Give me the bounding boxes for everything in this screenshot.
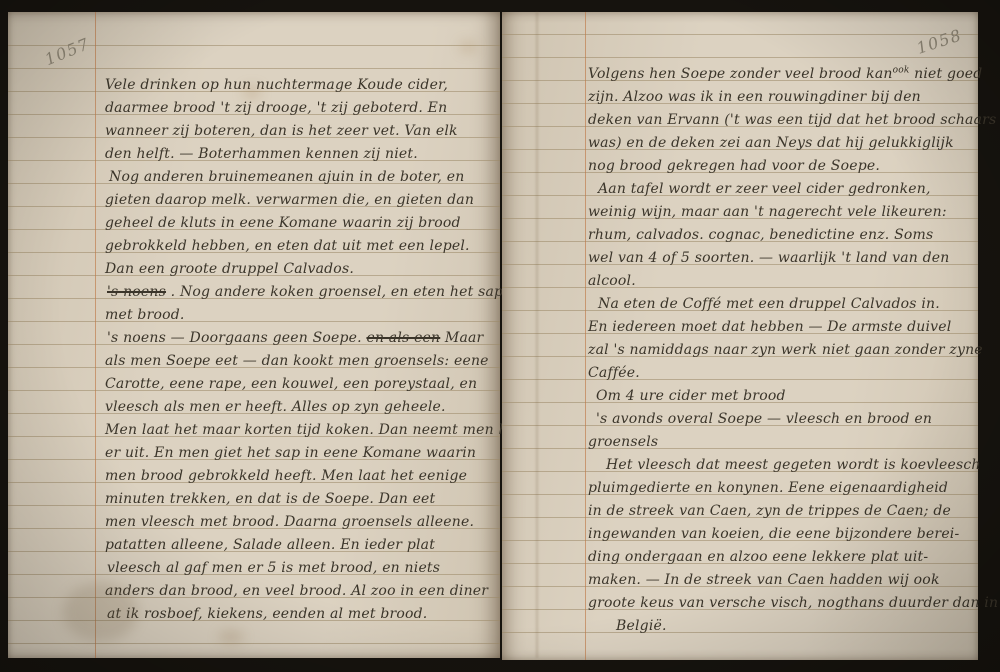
handwritten-line: 's noens — Doorgaans geen Soepe. en als …	[105, 327, 496, 350]
handwritten-line: vleesch al gaf men er 5 is met brood, en…	[105, 557, 496, 580]
text-segment: Dan een groote druppel Calvados.	[105, 261, 354, 277]
handwritten-line: was) en de deken zei aan Neys dat hij ge…	[588, 132, 974, 155]
struck-text: 's noens	[107, 284, 166, 300]
text-segment: Maar	[440, 330, 483, 346]
text-segment: Nog anderen bruinemeanen ajuin in de bot…	[109, 169, 464, 185]
left-page-lines: Vele drinken op hun nuchtermage Koude ci…	[105, 74, 496, 626]
handwritten-line: En iedereen moet dat hebben — De armste …	[588, 316, 974, 339]
text-segment: vleesch als men er heeft. Alles op zyn g…	[105, 399, 446, 415]
text-segment: wel van 4 of 5 soorten. — waarlijk 't la…	[588, 250, 949, 266]
text-segment: gieten daarop melk. verwarmen die, en gi…	[105, 192, 474, 208]
handwritten-line: ding ondergaan en alzoo eene lekkere pla…	[588, 546, 974, 569]
text-segment: daarmee brood 't zij drooge, 't zij gebo…	[105, 100, 447, 116]
text-segment: Caffée.	[588, 365, 640, 381]
handwritten-line: Men laat het maar korten tijd koken. Dan…	[105, 419, 496, 442]
handwritten-line: maken. — In de streek van Caen hadden wi…	[588, 569, 974, 592]
text-segment: den helft. — Boterhammen kennen zij niet…	[105, 146, 418, 162]
handwritten-line: den helft. — Boterhammen kennen zij niet…	[105, 143, 496, 166]
handwritten-line: anders dan brood, en veel brood. Al zoo …	[105, 580, 496, 603]
text-segment: groote keus van versche visch, nogthans …	[588, 595, 998, 611]
text-segment: ingewanden van koeien, die eene bijzonde…	[588, 526, 959, 542]
handwritten-line: daarmee brood 't zij drooge, 't zij gebo…	[105, 97, 496, 120]
handwritten-line: Caffée.	[588, 362, 974, 385]
handwritten-line: Het vleesch dat meest gegeten wordt is k…	[588, 454, 974, 477]
text-segment: zal 's namiddags naar zyn werk niet gaan…	[588, 342, 983, 358]
handwritten-line: er uit. En men giet het sap in eene Koma…	[105, 442, 496, 465]
handwritten-line: Vele drinken op hun nuchtermage Koude ci…	[105, 74, 496, 97]
handwritten-line: gebrokkeld hebben, en eten dat uit met e…	[105, 235, 496, 258]
text-segment: groensels	[588, 434, 658, 450]
text-segment: als men Soepe eet — dan kookt men groens…	[105, 353, 489, 369]
text-segment: in de streek van Caen, zyn de trippes de…	[588, 503, 951, 519]
handwritten-line: zijn. Alzoo was ik in een rouwingdiner b…	[588, 86, 974, 109]
text-segment: niet goed	[909, 66, 982, 82]
handwritten-line: wanneer zij boteren, dan is het zeer vet…	[105, 120, 496, 143]
text-segment: Carotte, eene rape, een kouwel, een pore…	[105, 376, 477, 392]
text-segment: Aan tafel wordt er zeer veel cider gedro…	[598, 181, 931, 197]
text-segment: men vleesch met brood. Daarna groensels …	[105, 514, 474, 530]
handwritten-line: vleesch als men er heeft. Alles op zyn g…	[105, 396, 496, 419]
left-page: 1057 Vele drinken op hun nuchtermage Kou…	[8, 12, 500, 658]
handwritten-line: groensels	[588, 431, 974, 454]
handwritten-line: zal 's namiddags naar zyn werk niet gaan…	[588, 339, 974, 362]
handwritten-line: minuten trekken, en dat is de Soepe. Dan…	[105, 488, 496, 511]
text-segment: Om 4 ure cider met brood	[596, 388, 786, 404]
text-segment: geheel de kluts in eene Komane waarin zi…	[105, 215, 461, 231]
handwritten-line: men vleesch met brood. Daarna groensels …	[105, 511, 496, 534]
margin-line	[95, 12, 96, 658]
text-segment: weinig wijn, maar aan 't nagerecht vele …	[588, 204, 947, 220]
handwritten-line: Nog anderen bruinemeanen ajuin in de bot…	[105, 166, 496, 189]
handwritten-line: geheel de kluts in eene Komane waarin zi…	[105, 212, 496, 235]
handwritten-line: nog brood gekregen had voor de Soepe.	[588, 155, 974, 178]
text-segment: nog brood gekregen had voor de Soepe.	[588, 158, 880, 174]
text-segment: anders dan brood, en veel brood. Al zoo …	[105, 583, 488, 599]
text-segment: er uit. En men giet het sap in eene Koma…	[105, 445, 476, 461]
text-segment: deken van Ervann ('t was een tijd dat he…	[588, 112, 996, 128]
right-page-lines: Volgens hen Soepe zonder veel brood kano…	[588, 63, 974, 638]
handwritten-line: alcool.	[588, 270, 974, 293]
handwritten-line: Dan een groote druppel Calvados.	[105, 258, 496, 281]
text-segment: vleesch al gaf men er 5 is met brood, en…	[107, 560, 440, 576]
handwritten-line: at ik rosboef, kiekens, eenden al met br…	[105, 603, 496, 626]
handwritten-line: weinig wijn, maar aan 't nagerecht vele …	[588, 201, 974, 224]
text-segment: Het vleesch dat meest gegeten wordt is k…	[606, 457, 981, 473]
text-segment: Na eten de Coffé met een druppel Calvado…	[598, 296, 940, 312]
text-segment: wanneer zij boteren, dan is het zeer vet…	[105, 123, 458, 139]
text-segment: was) en de deken zei aan Neys dat hij ge…	[588, 135, 954, 151]
handwritten-line: als men Soepe eet — dan kookt men groens…	[105, 350, 496, 373]
text-segment: minuten trekken, en dat is de Soepe. Dan…	[105, 491, 435, 507]
handwritten-line: gieten daarop melk. verwarmen die, en gi…	[105, 189, 496, 212]
text-segment: at ik rosboef, kiekens, eenden al met br…	[107, 606, 427, 622]
handwritten-line: men brood gebrokkeld heeft. Men laat het…	[105, 465, 496, 488]
handwritten-line: wel van 4 of 5 soorten. — waarlijk 't la…	[588, 247, 974, 270]
handwritten-line: patatten alleene, Salade alleen. En iede…	[105, 534, 496, 557]
text-segment: patatten alleene, Salade alleen. En iede…	[105, 537, 435, 553]
handwritten-line: deken van Ervann ('t was een tijd dat he…	[588, 109, 974, 132]
handwritten-line: België.	[588, 615, 974, 638]
text-segment: rhum, calvados. cognac, benedictine enz.…	[588, 227, 933, 243]
text-segment: 's noens — Doorgaans geen Soepe.	[107, 330, 366, 346]
handwritten-line: ingewanden van koeien, die eene bijzonde…	[588, 523, 974, 546]
handwritten-line: groote keus van versche visch, nogthans …	[588, 592, 974, 615]
text-segment: En iedereen moet dat hebben — De armste …	[588, 319, 951, 335]
handwritten-line: Volgens hen Soepe zonder veel brood kano…	[588, 63, 974, 86]
text-segment: alcool.	[588, 273, 636, 289]
text-segment: Men laat het maar korten tijd koken. Dan…	[105, 422, 522, 438]
text-segment: België.	[616, 618, 667, 634]
text-segment: pluimgedierte en konynen. Eene eigenaard…	[588, 480, 948, 496]
handwritten-line: Carotte, eene rape, een kouwel, een pore…	[105, 373, 496, 396]
text-segment: gebrokkeld hebben, en eten dat uit met e…	[105, 238, 470, 254]
handwritten-line: 's avonds overal Soepe — vleesch en broo…	[588, 408, 974, 431]
text-segment: zijn. Alzoo was ik in een rouwingdiner b…	[588, 89, 921, 105]
right-page: 1058 Volgens hen Soepe zonder veel brood…	[502, 12, 978, 660]
text-segment: 's avonds overal Soepe — vleesch en broo…	[596, 411, 932, 427]
handwritten-line: in de streek van Caen, zyn de trippes de…	[588, 500, 974, 523]
text-segment: Vele drinken op hun nuchtermage Koude ci…	[105, 77, 448, 93]
handwritten-line: Na eten de Coffé met een druppel Calvado…	[588, 293, 974, 316]
text-segment: men brood gebrokkeld heeft. Men laat het…	[105, 468, 467, 484]
handwritten-line: met brood.	[105, 304, 496, 327]
margin-line	[585, 12, 586, 660]
text-segment: maken. — In de streek van Caen hadden wi…	[588, 572, 940, 588]
superscript-text: ook	[893, 65, 910, 75]
struck-text: en als een	[366, 330, 440, 346]
manuscript-photo: 1057 Vele drinken op hun nuchtermage Kou…	[0, 0, 1000, 672]
text-segment: . Nog andere koken groensel, en eten het…	[166, 284, 503, 300]
text-segment: Volgens hen Soepe zonder veel brood kan	[588, 66, 893, 82]
handwritten-line: pluimgedierte en konynen. Eene eigenaard…	[588, 477, 974, 500]
handwritten-line: Aan tafel wordt er zeer veel cider gedro…	[588, 178, 974, 201]
text-segment: ding ondergaan en alzoo eene lekkere pla…	[588, 549, 928, 565]
handwritten-line: rhum, calvados. cognac, benedictine enz.…	[588, 224, 974, 247]
handwritten-line: 's noens . Nog andere koken groensel, en…	[105, 281, 496, 304]
text-segment: met brood.	[105, 307, 185, 323]
handwritten-line: Om 4 ure cider met brood	[588, 385, 974, 408]
